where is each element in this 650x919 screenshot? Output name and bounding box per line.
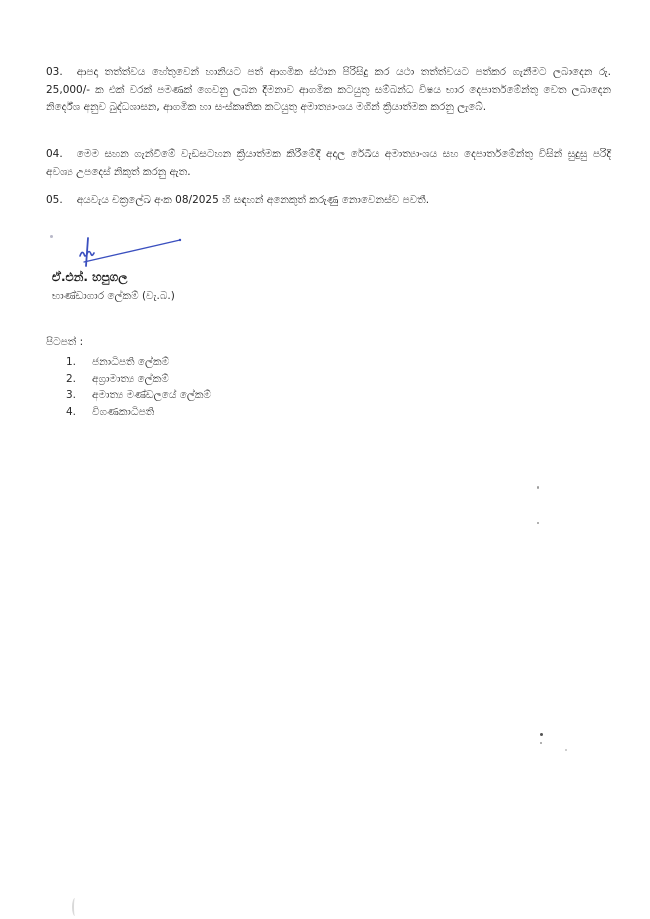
scan-speck — [537, 522, 539, 524]
scan-speck — [537, 486, 539, 489]
copies-label: පිටපත් : — [46, 336, 83, 349]
signature-icon — [68, 232, 188, 272]
paragraph-03: 03.ආපදා තත්ත්වය හේතුවෙන් හානියට පත් ආගමි… — [46, 64, 611, 117]
paragraph-text: අයවැය චක්‍රලේඛ අංක 08/2025 හි සඳහන් අනෙක… — [77, 194, 429, 206]
scan-speck — [565, 749, 567, 751]
ink-speck — [50, 235, 53, 238]
document-page: 03.ආපදා තත්ත්වය හේතුවෙන් හානියට පත් ආගමි… — [0, 0, 650, 919]
paragraph-number: 04. — [46, 146, 63, 164]
paragraph-number: 05. — [46, 192, 63, 210]
list-item: 4.විගණකාධිපති — [66, 404, 211, 421]
scan-edge-mark — [72, 898, 78, 916]
paragraph-text: ආපදා තත්ත්වය හේතුවෙන් හානියට පත් ආගමික ස… — [46, 66, 611, 113]
copies-list: 1.ජනාධිපති ලේකම් 2.අග්‍රාමාත්‍ය ලේකම් 3.… — [66, 354, 211, 420]
list-item: 2.අග්‍රාමාත්‍ය ලේකම් — [66, 371, 211, 388]
scan-speck — [540, 742, 542, 744]
paragraph-number: 03. — [46, 64, 63, 82]
scan-speck — [540, 733, 543, 736]
signer-name: ඒ.එන්. හපුගල — [52, 270, 127, 285]
paragraph-text: මෙම සහන ගැන්වීමේ වැඩසටහන ක්‍රියාත්මක කිර… — [46, 148, 611, 178]
paragraph-04: 04.මෙම සහන ගැන්වීමේ වැඩසටහන ක්‍රියාත්මක … — [46, 146, 611, 181]
paragraph-05: 05.අයවැය චක්‍රලේඛ අංක 08/2025 හි සඳහන් අ… — [46, 192, 611, 210]
list-item: 3.අමාත්‍ය මණ්ඩලයේ ලේකම් — [66, 387, 211, 404]
list-item: 1.ජනාධිපති ලේකම් — [66, 354, 211, 371]
signer-title: භාණ්ඩාගාර ලේකම් (වැ.බ.) — [52, 290, 175, 303]
